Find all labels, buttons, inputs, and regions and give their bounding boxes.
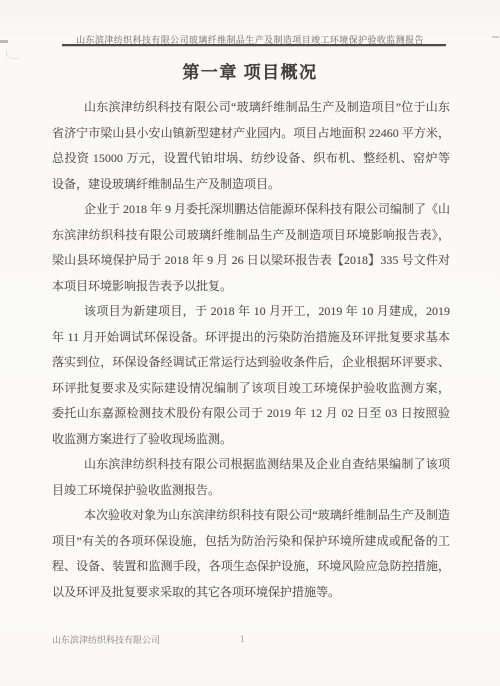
body-line: 企业于 2018 年 9 月委托深圳鹏达信能源环保科技有限公司编制了《山 — [52, 197, 450, 223]
chapter-title: 第一章 项目概况 — [0, 58, 500, 83]
body-line: 以及环评及批复要求采取的其它各项环境保护措施等。 — [52, 580, 450, 606]
body-line: 委托山东嘉源检测技术股份有限公司于 2019 年 12 月 02 日至 03 日… — [52, 401, 450, 427]
page-footer: 山东滨津纺织科技有限公司 1 — [52, 633, 450, 646]
body-line: 山东滨津纺织科技有限公司“玻璃纤维制品生产及制造项目”位于山东 — [52, 95, 450, 121]
body-line: 程、设备、装置和监测手段，各项生态保护设施，环境风险应急防控措施， — [52, 554, 450, 580]
body-line: 梁山县环境保护局于 2018 年 9 月 26 日以梁环报告表【2018】335… — [52, 248, 450, 274]
body-line: 项目”有关的各项环保设施，包括为防治污染和保护环境所建成或配备的工 — [52, 529, 450, 555]
body-line: 落实到位，环保设备经调试正常运行达到验收条件后，企业根据环评要求、 — [52, 350, 450, 376]
body-line: 总投资 15000 万元，设置代铂坩埚、纺纱设备、织布机、整经机、窑炉等 — [52, 146, 450, 172]
page-number: 1 — [240, 634, 245, 644]
footer-company: 山东滨津纺织科技有限公司 — [52, 635, 160, 645]
body-line: 本项目环境影响报告表予以批复。 — [52, 274, 450, 300]
header-rule — [62, 44, 446, 46]
scanned-document-page: 山东滨津纺织科技有限公司玻璃纤维制品生产及制造项目竣工环境保护验收监测报告 第一… — [0, 0, 500, 686]
body-line: 设备，建设玻璃纤维制品生产及制造项目。 — [52, 172, 450, 198]
body-line: 省济宁市梁山县小安山镇新型建材产业园内。项目占地面积 22460 平方米， — [52, 121, 450, 147]
body-line: 该项目为新建项目，于 2018 年 10 月开工，2019 年 10 月建成，2… — [52, 299, 450, 325]
document-body: 山东滨津纺织科技有限公司“玻璃纤维制品生产及制造项目”位于山东 省济宁市梁山县小… — [52, 95, 450, 605]
body-line: 环评批复要求及实际建设情况编制了该项目竣工环境保护验收监测方案， — [52, 376, 450, 402]
body-line: 年 11 月开始调试环保设备。环评提出的污染防治措施及环评批复要求基本 — [52, 325, 450, 351]
body-line: 山东滨津纺织科技有限公司根据监测结果及企业自查结果编制了该项 — [52, 452, 450, 478]
body-line: 东滨津纺织科技有限公司玻璃纤维制品生产及制造项目环境影响报告表》， — [52, 223, 450, 249]
body-line: 目竣工环境保护验收监测报告。 — [52, 478, 450, 504]
body-line: 收监测方案进行了验收现场监测。 — [52, 427, 450, 453]
body-line: 本次验收对象为山东滨津纺织科技有限公司“玻璃纤维制品生产及制造 — [52, 503, 450, 529]
